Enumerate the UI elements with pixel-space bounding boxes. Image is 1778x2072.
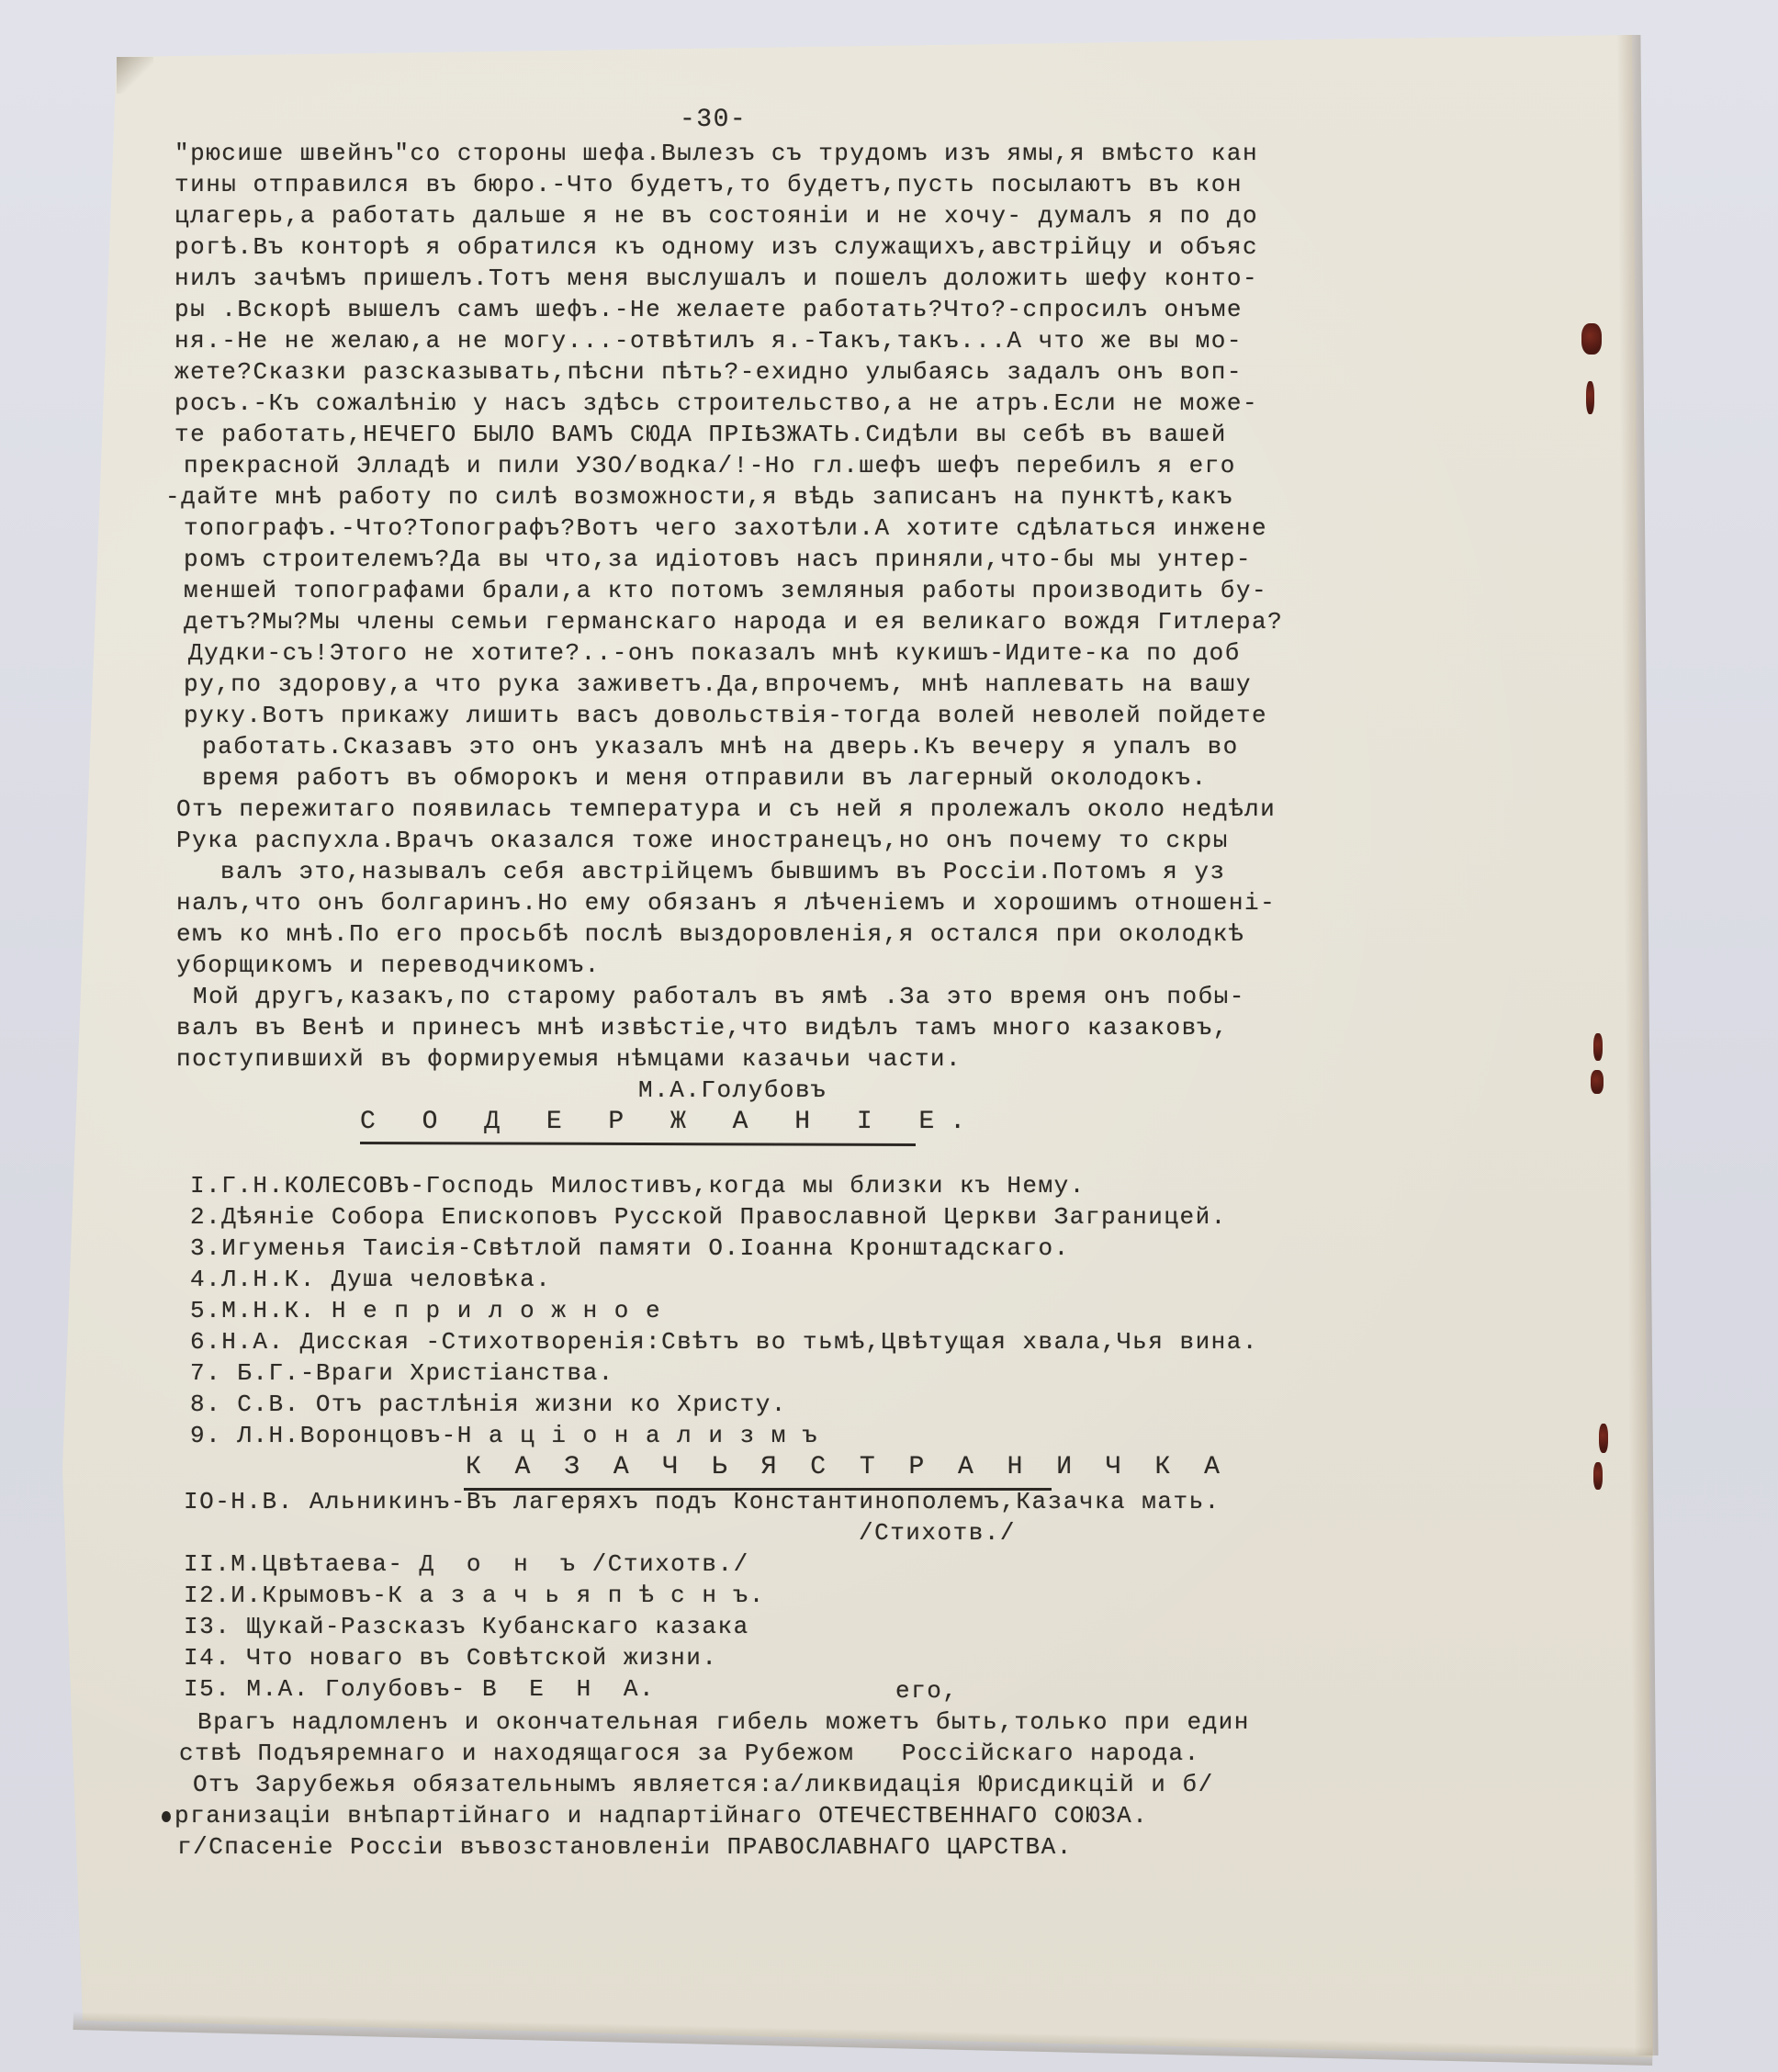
body-line: ромъ строителемъ?Да вы что,за идіотовъ н…: [184, 546, 1252, 573]
body-line: валъ это,называлъ себя австрійцемъ бывши…: [220, 858, 1226, 885]
contents-item: 4.Л.Н.К. Душа человѣка.: [190, 1266, 551, 1293]
contents-item: 5.М.Н.К. Н е п р и л о ж н о е: [190, 1297, 661, 1324]
body-line: время работъ въ обморокъ и меня отправил…: [202, 764, 1208, 792]
body-line: нилъ зачѣмъ пришелъ.Тотъ меня выслушалъ …: [174, 265, 1258, 292]
cossack-item: I5. М.А. Голубовъ- В Е Н А.: [184, 1675, 655, 1703]
body-line: валъ въ Венѣ и принесъ мнѣ извѣстіе,что …: [176, 1014, 1229, 1042]
cossack-item: I4. Что новаго въ Совѣтской жизни.: [184, 1644, 718, 1672]
body-line: Рука распухла.Врачъ оказался тоже иностр…: [176, 827, 1229, 854]
cossack-item: IO-Н.В. Альникинъ-Въ лагеряхъ подъ Конст…: [184, 1488, 1221, 1515]
body-line: поступившихй въ формируемыя нѣмцами каза…: [176, 1045, 962, 1073]
typewritten-text: -30- "рюсише швейнъ"со стороны шефа.Выле…: [0, 0, 62, 1901]
closing-line: Врагъ надломленъ и окончательная гибель …: [197, 1708, 1250, 1736]
ink-blot: [162, 1811, 171, 1822]
page-number: -30-: [680, 106, 747, 134]
body-line: -дайте мнѣ работу по силѣ возможности,я …: [165, 483, 1233, 511]
closing-line: г/Спасеніе Россіи въвозстановленіи ПРАВО…: [177, 1833, 1073, 1861]
body-line: жете?Сказки разсказывать,пѣсни пѣть?-ехи…: [174, 358, 1243, 386]
body-line: цлагерь,а работать дальше я не въ состоя…: [174, 202, 1258, 230]
body-line: детъ?Мы?Мы члены семьи германскаго народ…: [184, 608, 1283, 636]
contents-item: 9. Л.Н.Воронцовъ-Н а ц і о н а л и з м ъ: [190, 1422, 818, 1449]
body-line: Мой другъ,казакъ,по старому работалъ въ …: [193, 983, 1245, 1010]
body-line: росъ.-Къ сожалѣнію у насъ здѣсь строител…: [174, 389, 1258, 417]
body-line: топографъ.-Что?Топографъ?Вотъ чего захот…: [184, 514, 1267, 542]
closing-line: рганизаціи внѣпартійнаго и надпартійнаго…: [174, 1802, 1148, 1830]
body-line: Дудки-съ!Этого не хотите?..-онъ показалъ…: [188, 639, 1241, 667]
body-line: те работать,НЕЧЕГО БЫЛО ВАМЪ СЮДА ПРІѢЗЖ…: [174, 421, 1227, 448]
body-line: тины отправился въ бюро.-Что будетъ,то б…: [174, 171, 1243, 198]
corner-fold: [117, 57, 153, 94]
closing-line: Отъ Зарубежья обязательнымъ является:а/л…: [193, 1771, 1214, 1798]
body-line: Отъ пережитаго появилась температура и с…: [176, 795, 1276, 823]
body-line: "рюсише швейнъ"со стороны шефа.Вылезъ съ…: [174, 140, 1258, 167]
body-line: налъ,что онъ болгаринъ.Но ему обязанъ я …: [176, 889, 1276, 917]
cossack-page-heading: К А З А Ч Ь Я С Т Р А Н И Ч К А: [466, 1453, 1229, 1481]
body-line: руку.Вотъ прикажу лишить васъ довольстві…: [184, 702, 1267, 729]
cossack-item: I2.И.Крымовъ-К а з а ч ь я п ѣ с н ъ.: [184, 1582, 765, 1609]
body-line: рогѣ.Въ конторѣ я обратился къ одному из…: [174, 233, 1258, 261]
body-line: емъ ко мнѣ.По его просьбѣ послѣ выздоров…: [176, 920, 1244, 948]
rust-staple-mark: [1593, 1462, 1603, 1490]
contents-item: 8. С.В. Отъ растлѣнія жизни ко Христу.: [190, 1391, 787, 1418]
contents-item: 6.Н.А. Дисская -Стихотворенія:Свѣтъ во т…: [190, 1328, 1258, 1356]
rust-staple-mark: [1599, 1424, 1608, 1453]
rust-staple-mark: [1593, 1033, 1603, 1061]
body-line: меншей топографами брали,а кто потомъ зе…: [184, 577, 1267, 604]
author-signature: М.А.Голубовъ: [638, 1076, 827, 1104]
contents-item: 3.Игуменья Таисія-Свѣтлой памяти О.Іоанн…: [190, 1234, 1070, 1262]
inserted-word: его,: [895, 1677, 958, 1705]
rust-staple-mark: [1591, 1070, 1604, 1094]
contents-item: 2.Дѣяніе Собора Епископовъ Русской Право…: [190, 1203, 1227, 1231]
body-line: работать.Сказавъ это онъ указалъ мнѣ на …: [202, 733, 1239, 760]
typewritten-page: -30- "рюсише швейнъ"со стороны шефа.Выле…: [0, 0, 1778, 2072]
body-line: прекрасной Элладѣ и пили УЗО/водка/!-Но …: [184, 452, 1236, 479]
body-line: ня.-Не не желаю,а не могу...-отвѣтилъ я.…: [174, 327, 1243, 355]
rust-staple-mark: [1586, 381, 1594, 414]
contents-heading: С О Д Е Р Ж А Н І Е.: [360, 1108, 981, 1136]
cossack-item-continuation: /Стихотв./: [859, 1519, 1016, 1547]
body-line: ры .Вскорѣ вышелъ самъ шефъ.-Не желаете …: [174, 296, 1243, 323]
closing-line: ствѣ Подъяремнаго и находящагося за Рубе…: [179, 1740, 1200, 1767]
contents-item: I.Г.Н.КОЛЕСОВЪ-Господь Милостивъ,когда м…: [190, 1172, 1086, 1199]
body-line: ру,по здорову,а что рука заживетъ.Да,впр…: [184, 670, 1252, 698]
cossack-item: I3. Щукай-Разсказъ Кубанскаго казака: [184, 1613, 749, 1640]
cossack-item: II.М.Цвѣтаева- Д о н ъ /Стихотв./: [184, 1550, 749, 1578]
contents-item: 7. Б.Г.-Враги Христіанства.: [190, 1359, 614, 1387]
body-line: уборщикомъ и переводчикомъ.: [176, 952, 601, 979]
rust-staple-mark: [1581, 323, 1602, 355]
